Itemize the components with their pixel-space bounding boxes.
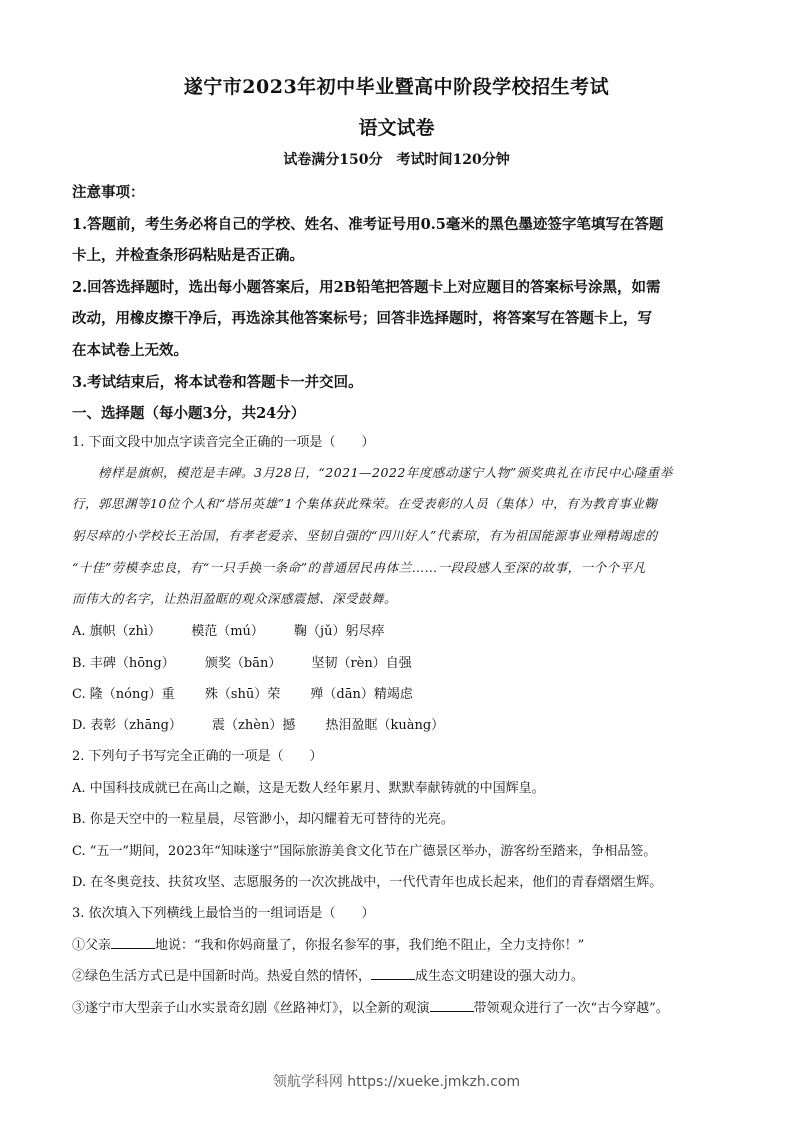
fill-blank [371, 967, 415, 980]
option-part: 旗帜（zhì） [90, 624, 161, 639]
passage-line: 榜样是旗帜，模范是丰碑。3月28日，“2021—2022年度感动遂宁人物”颁奖典… [98, 463, 673, 481]
q3-item-1: ①父亲地说：“我和你妈商量了，你报名参军的事，我们绝不阻止，全力支持你！” [72, 934, 584, 953]
notice-line: 卡上，并检查条形码粘贴是否正确。 [72, 244, 304, 265]
exam-page: 遂宁市2023年初中毕业暨高中阶段学校招生考试 语文试卷 试卷满分150分 考试… [0, 0, 793, 1122]
option-part: 热泪盈眶（kuàng） [325, 718, 444, 733]
q2-option-a[interactable]: A. 中国科技成就已在高山之巅，这是无数人经年累月、默默奉献铸就的中国辉皇。 [72, 777, 545, 796]
question-2-stem: 2. 下列句子书写完全正确的一项是（ ） [72, 745, 323, 764]
option-part: 表彰（zhāng） [90, 718, 182, 733]
notice-line: 在本试卷上无效。 [72, 339, 188, 360]
q2-option-c[interactable]: C. “五一”期间，2023年“知味遂宁”国际旅游美食文化节在广德景区举办，游客… [72, 840, 656, 859]
item-text: 带领观众进行了一次“古今穿越”。 [474, 1001, 669, 1016]
notice-line: 3.考试结束后，将本试卷和答题卡一并交回。 [72, 371, 363, 392]
exam-info: 试卷满分150分 考试时间120分钟 [0, 149, 793, 169]
option-part: 震（zhèn）撼 [212, 718, 295, 733]
q2-option-b[interactable]: B. 你是天空中的一粒星晨，尽管渺小，却闪耀着无可替待的光亮。 [72, 808, 454, 827]
q1-option-c[interactable]: C. 隆（nóng）重 殊（shū）荣 殚（dān）精竭虑 [72, 683, 413, 702]
notice-heading: 注意事项： [72, 181, 145, 202]
notice-line: 改动，用橡皮擦干净后，再选涂其他答案标号；回答非选择题时，将答案写在答题卡上，写 [72, 307, 652, 328]
option-part: 丰碑（hōng） [90, 656, 175, 671]
item-text: 地说：“我和你妈商量了，你报名参军的事，我们绝不阻止，全力支持你！” [155, 938, 584, 953]
option-part: 鞠（jǔ）躬尽瘁 [294, 624, 384, 639]
section-heading: 一、选择题（每小题3分，共24分） [72, 402, 305, 423]
q3-item-3: ③遂宁市大型亲子山水实景奇幻剧《丝路神灯》，以全新的观演带领观众进行了一次“古今… [72, 997, 669, 1016]
passage-line: 行，郭思渊等10位个人和“塔吊英雄”1个集体获此殊荣。在受表彰的人员（集体）中，… [72, 494, 657, 512]
option-part: 隆（nóng）重 [90, 687, 175, 702]
fill-blank [111, 936, 155, 949]
fill-blank [430, 999, 474, 1012]
item-text: ①父亲 [72, 938, 111, 953]
q2-option-d[interactable]: D. 在冬奥竞技、扶贫攻坚、志愿服务的一次次挑战中，一代代青年也成长起来，他们的… [72, 871, 662, 890]
option-label: D. [72, 718, 86, 733]
item-text: 成生态文明建设的强大动力。 [415, 969, 584, 984]
item-text: ③遂宁市大型亲子山水实景奇幻剧《丝路神灯》，以全新的观演 [72, 1001, 430, 1016]
notice-line: 2.回答选择题时，选出每小题答案后，用2B铅笔把答题卡上对应题目的答案标号涂黑，… [72, 276, 660, 297]
footer-watermark: 领航学科网 https://xueke.jmkzh.com [0, 1071, 793, 1091]
question-3-stem: 3. 依次填入下列横线上最恰当的一组词语是（ ） [72, 902, 375, 921]
option-part: 模范（mú） [191, 624, 264, 639]
option-part: 殚（dān）精竭虑 [310, 687, 412, 702]
option-label: A. [72, 624, 86, 639]
notice-line: 1.答题前，考生务必将自己的学校、姓名、准考证号用0.5毫米的黑色墨迹签字笔填写… [72, 213, 663, 234]
passage-line: 躬尽瘁的小学校长王治国，有孝老爱亲、坚韧自强的“四川好人”代素琼，有为祖国能源事… [72, 526, 658, 544]
q3-item-2: ②绿色生活方式已是中国新时尚。热爱自然的情怀，成生态文明建设的强大动力。 [72, 965, 584, 984]
exam-subtitle: 语文试卷 [0, 113, 793, 140]
option-part: 殊（shū）荣 [205, 687, 280, 702]
item-text: ②绿色生活方式已是中国新时尚。热爱自然的情怀， [72, 969, 371, 984]
q1-option-d[interactable]: D. 表彰（zhāng） 震（zhèn）撼 热泪盈眶（kuàng） [72, 714, 444, 733]
exam-title: 遂宁市2023年初中毕业暨高中阶段学校招生考试 [0, 72, 793, 99]
option-part: 颁奖（bān） [205, 656, 281, 671]
q1-option-a[interactable]: A. 旗帜（zhì） 模范（mú） 鞠（jǔ）躬尽瘁 [72, 620, 384, 639]
option-label: C. [72, 687, 86, 702]
passage-line: 而伟大的名字，让热泪盈眶的观众深感震撼、深受鼓舞。 [72, 589, 397, 607]
question-1-stem: 1. 下面文段中加点字读音完全正确的一项是（ ） [72, 431, 375, 450]
q1-option-b[interactable]: B. 丰碑（hōng） 颁奖（bān） 坚韧（rèn）自强 [72, 652, 412, 671]
option-label: B. [72, 656, 86, 671]
option-part: 坚韧（rèn）自强 [311, 656, 411, 671]
passage-line: “十佳”劳模李忠良，有“一只手换一条命”的普通居民冉体兰……一段段感人至深的故事… [72, 558, 646, 576]
